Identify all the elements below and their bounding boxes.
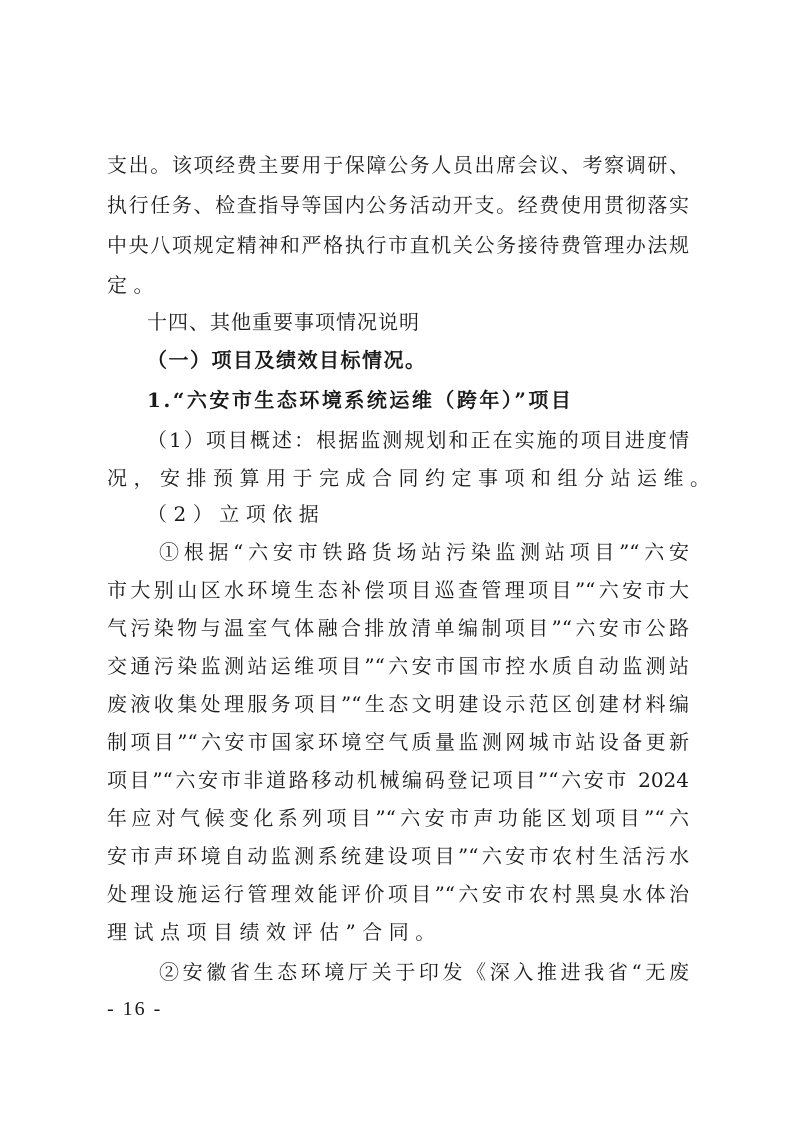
paragraph-line: 交通污染监测站运维项目”“六安市国市控水质自动监测站 bbox=[107, 652, 689, 680]
paragraph-line: 气污染物与温室气体融合排放清单编制项目”“六安市公路 bbox=[107, 614, 689, 642]
paragraph-line: 执行任务、检查指导等国内公务活动开支。经费使用贯彻落实 bbox=[107, 191, 689, 219]
paragraph-line: 项目”“六安市非道路移动机械编码登记项目”“六安市 2024 bbox=[107, 766, 689, 794]
paragraph-line: 定。 bbox=[107, 271, 689, 299]
paragraph-line: 中央八项规定精神和严格执行市直机关公务接待费管理办法规 bbox=[107, 231, 689, 259]
document-page: 支出。该项经费主要用于保障公务人员出席会议、考察调研、 执行任务、检查指导等国内… bbox=[0, 0, 793, 1122]
paragraph-line: （1）项目概述：根据监测规划和正在实施的项目进度情 bbox=[107, 426, 689, 454]
paragraph-line: 况，安排预算用于完成合同约定事项和组分站运维。 bbox=[107, 464, 689, 492]
section-heading: 十四、其他重要事项情况说明 bbox=[107, 308, 689, 336]
paragraph-line: 安市声环境自动监测系统建设项目”“六安市农村生活污水 bbox=[107, 842, 689, 870]
item-heading: 1.“六安市生态环境系统运维（跨年）”项目 bbox=[107, 386, 689, 414]
paragraph-line: 制项目”“六安市国家环境空气质量监测网城市站设备更新 bbox=[107, 728, 689, 756]
subsection-heading: （一）项目及绩效目标情况。 bbox=[107, 346, 689, 374]
page-number: - 16 - bbox=[107, 998, 162, 1021]
paragraph-line: 废液收集处理服务项目”“生态文明建设示范区创建材料编 bbox=[107, 690, 689, 718]
paragraph-line: 处理设施运行管理效能评价项目”“六安市农村黑臭水体治 bbox=[107, 880, 689, 908]
paragraph-line: 理试点项目绩效评估”合同。 bbox=[107, 918, 689, 946]
paragraph-line: 年应对气候变化系列项目”“六安市声功能区划项目”“六 bbox=[107, 804, 689, 832]
paragraph-line: ①根据“六安市铁路货场站污染监测站项目”“六安 bbox=[107, 538, 689, 566]
paragraph-line: ②安徽省生态环境厅关于印发《深入推进我省“无废 bbox=[107, 958, 689, 986]
paragraph-line: 支出。该项经费主要用于保障公务人员出席会议、考察调研、 bbox=[107, 151, 689, 179]
subheading-line: （2）立项依据 bbox=[107, 500, 689, 528]
paragraph-line: 市大别山区水环境生态补偿项目巡查管理项目”“六安市大 bbox=[107, 576, 689, 604]
